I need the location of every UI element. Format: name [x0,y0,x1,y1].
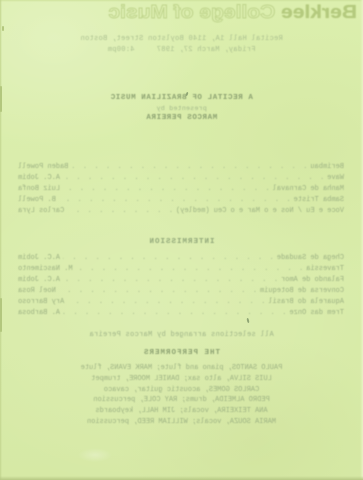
program-row: Samba Triste. . . . . . . . . . . . . . … [18,196,344,207]
performers-heading: THE PERFORMERS [0,349,363,357]
composer-name: A.C. Jobim [18,276,60,284]
performer-name: MARCOS PEREIRA [0,114,363,122]
composer-name: Ary Barroso [18,298,64,306]
composer-name: Noel Rosa [18,287,56,295]
logo-word-berklee: Berklee [281,2,357,22]
dot-leader: . . . . . . . . . . . . . . . . . . . . … [63,185,270,193]
performer-line: PAULO SANTOS, piano and flute; MARK EVAN… [0,364,363,375]
dot-leader: . . . . . . . . . . . . . . . . . . . . … [71,163,307,171]
performer-line: LUIS SILVA, alto sax; DANIEL MOORE, trum… [0,375,363,386]
dot-leader: . . . . . . . . . . . . . . . . . . . . … [67,298,265,306]
song-title: Berimbau [310,163,344,171]
program-list-part2: Chega de Saudade. . . . . . . . . . . . … [18,254,344,320]
composer-name: Luiz Bonfa [18,185,60,193]
composer-name: Baden Powell [18,163,68,171]
program-row: Conversa de Botequim. . . . . . . . . . … [18,287,344,298]
program-row: Travessia. . . . . . . . . . . . . . . .… [18,265,344,276]
dot-leader: . . . . . . . . . . . . . . . . . . . . … [63,254,274,262]
presented-by-line: presented by [0,105,363,112]
composer-name: M. Nascimento [18,265,73,273]
date-time-line: Friday, March 27, 19874:00pm [0,46,363,54]
song-title: Chega de Saudade [277,254,344,262]
dot-leader: . . . . . . . . . . . . . . . . . . . . … [63,309,286,317]
venue-address-line: Recital Hall 1A, 1140 Boylston Street, B… [0,35,363,43]
performers-list: PAULO SANTOS, piano and flute; MARK EVAN… [0,364,363,429]
program-row: Chega de Saudade. . . . . . . . . . . . … [18,254,344,265]
logo-words-college-of-music: College of Music [108,2,281,22]
program-row: Voce e Eu / Nos e o Mar e o Ceu (medley)… [18,207,344,218]
program-row: Wave. . . . . . . . . . . . . . . . . . … [18,174,344,185]
program-row: Trem das Onze. . . . . . . . . . . . . .… [18,309,344,320]
scanned-page: Berklee College of Music Recital Hall 1A… [0,0,363,480]
dot-leader: . . . . . . . . . . . . . . . . . . . . … [59,287,257,295]
arranger-note: All selections arranged by Marcos Pereir… [0,331,363,339]
song-title: Voce e Eu / Nos e o Mar e o Ceu (medley) [176,207,344,215]
performer-line: PEDRO ALMEIDA, drums; RAY COLE, percussi… [0,396,363,407]
performer-line: MARIA SOUZA, vocals; WILLIAM REED, percu… [0,418,363,429]
composer-name: A.C. Jobim [18,254,60,262]
dot-leader: . . . . . . . . . . . . . . . . . . . . … [59,196,291,204]
dot-leader: . . . . . . . . . . . . . . . . . . . . … [63,174,324,182]
program-list-part1: Berimbau. . . . . . . . . . . . . . . . … [18,163,344,218]
song-title: Samba Triste [294,196,344,204]
song-title: Conversa de Botequim [260,287,344,295]
berklee-logo: Berklee College of Music [6,2,357,25]
composer-name: Carlos Lyra [18,207,64,215]
dot-leader: . . . . . . . . . . . . . . . . . . . . … [76,265,304,273]
show-through-content: Berklee College of Music Recital Hall 1A… [0,0,363,480]
song-title: Aquarela do Brasil [268,298,344,306]
recital-title: A RECITAL OF BRAZILIAN MUSIC [0,94,363,102]
composer-name: A. Barbosa [18,309,60,317]
composer-name: A.C. Jobim [18,174,60,182]
song-title: Falando de Amor [281,276,344,284]
song-title: Wave [327,174,344,182]
performer-line: ANA TEIXEIRA, vocals; JIM HALL, keyboard… [0,407,363,418]
program-row: Falando de Amor. . . . . . . . . . . . .… [18,276,344,287]
composer-name: B. Powell [18,196,56,204]
program-row: Aquarela do Brasil. . . . . . . . . . . … [18,298,344,309]
program-row: Berimbau. . . . . . . . . . . . . . . . … [18,163,344,174]
dot-leader: . . . . . . . . . . . . . . . . . . . . … [63,276,278,284]
song-title: Trem das Onze [289,309,344,317]
song-title: Manha de Carnaval [273,185,344,193]
song-title: Travessia [306,265,344,273]
program-row: Manha de Carnaval. . . . . . . . . . . .… [18,185,344,196]
intermission-heading: INTERMISSION [0,238,363,246]
performer-line: CARLOS GOMES, acoustic guitar, cavaco [0,386,363,397]
dot-leader: . . . . . . . . . . . . . . . . . . . . … [67,207,173,215]
